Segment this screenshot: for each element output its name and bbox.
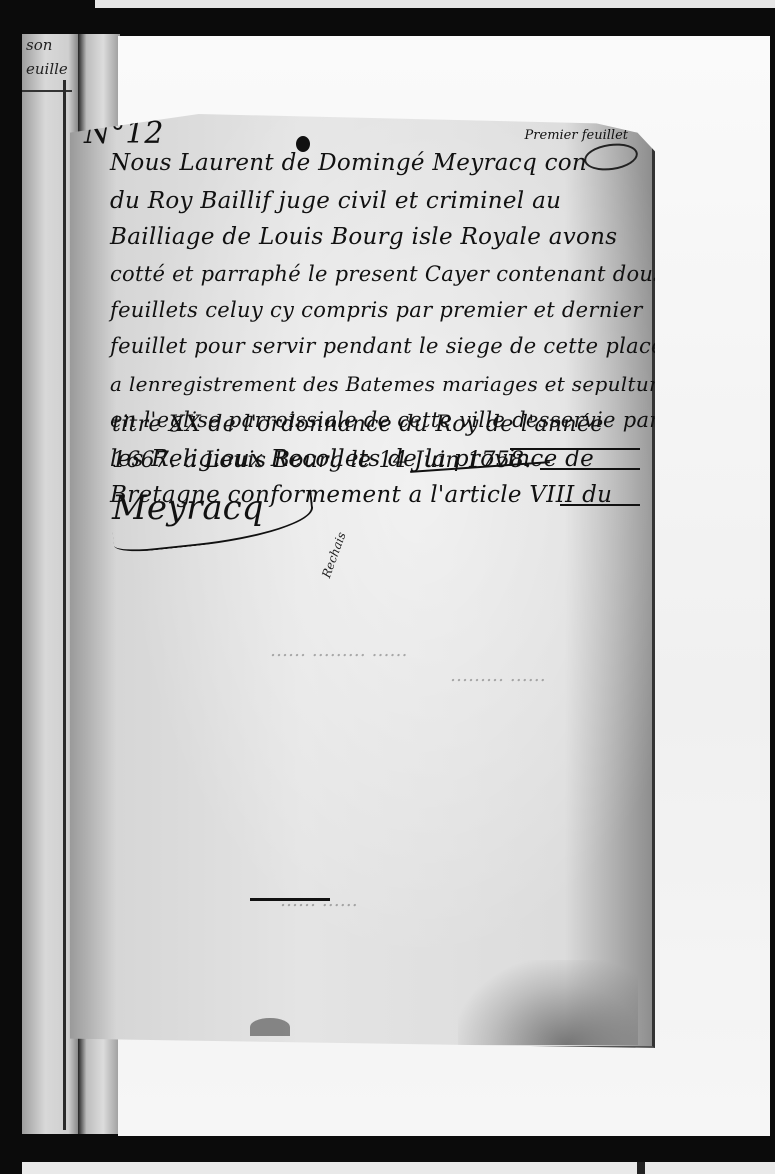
binding-line [63, 80, 66, 1130]
line-filler [510, 448, 640, 450]
water-stain [250, 1018, 290, 1036]
line-filler [560, 504, 640, 506]
text-line: Nous Laurent de Domingé Meyracq con [110, 150, 587, 176]
ink-stroke [250, 898, 330, 901]
line-filler [540, 468, 640, 470]
text-line: feuillets celuy cy compris par premier e… [110, 298, 643, 322]
bleedthrough-text: …… ……… …… [270, 640, 407, 661]
corner-flourish [582, 140, 639, 173]
text-line: Bailliage de Louis Bourg isle Royale avo… [110, 224, 617, 250]
text-line: 1667. a Louis Bourg le 14 Juin 1758. [112, 448, 532, 473]
film-strip-top [95, 0, 775, 8]
prev-page-fragment: son [26, 36, 52, 54]
bleedthrough-text: ……… …… [450, 665, 546, 686]
corner-note: Premier feuillet [525, 128, 628, 143]
text-line: a lenregistrement des Batemes mariages e… [110, 372, 682, 396]
text-line: du Roy Baillif juge civil et criminel au [110, 188, 561, 214]
water-stain [458, 960, 638, 1045]
register-folio: N°12 Premier feuillet Nous Laurent de Do… [70, 114, 655, 1048]
film-strip-bottom [22, 1162, 775, 1174]
text-line: titre XX de l'ordonnance du Roy de l'ann… [112, 412, 604, 437]
text-line: cotté et parraphé le present Cayer conte… [110, 262, 677, 286]
text-line: feuillet pour servir pendant le siege de… [110, 334, 664, 358]
film-border-left [0, 0, 22, 1174]
prev-page-fragment: euille [26, 60, 68, 78]
